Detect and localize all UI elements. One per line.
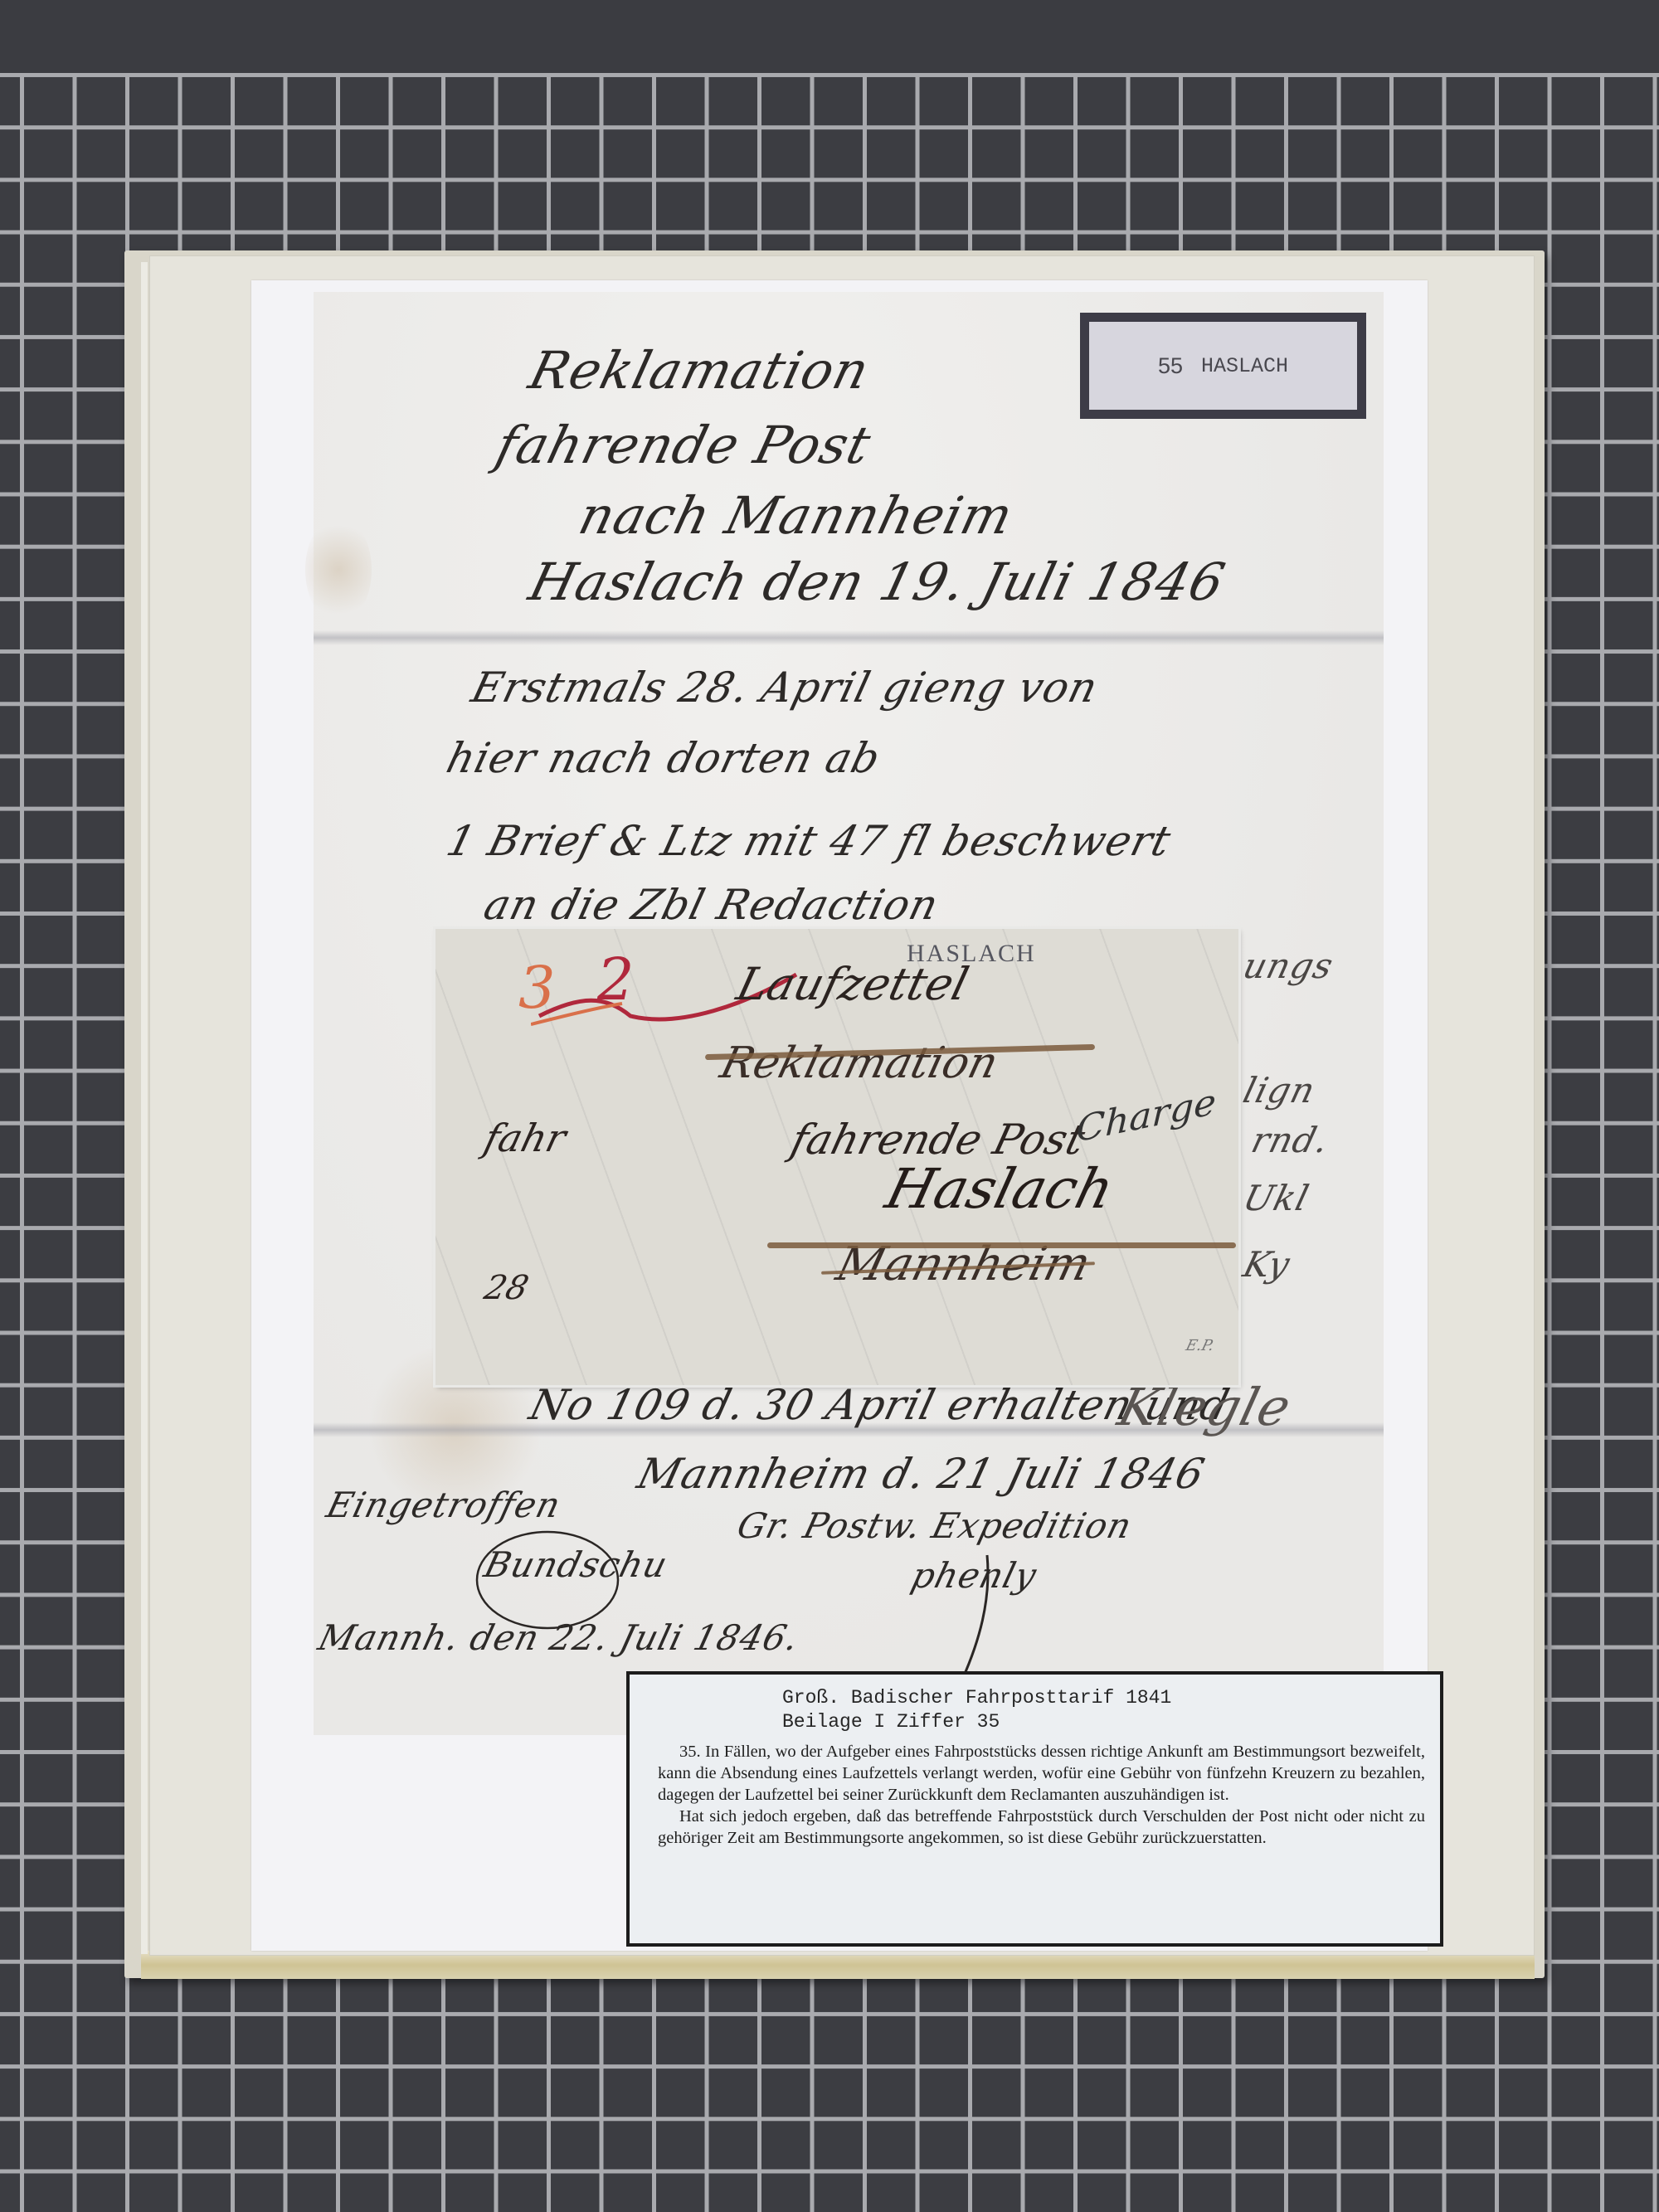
tariff-body: 35. In Fällen, wo der Aufgeber eines Fah… — [658, 1741, 1425, 1849]
album-page-margin — [141, 262, 148, 1954]
envelope-laufzettel-text: Laufzettel — [732, 958, 974, 1010]
manuscript-body-line: 1 Brief & Ltz mit 47 fl beschwert — [442, 817, 1176, 865]
manuscript-fragment: rnd. — [1248, 1120, 1334, 1160]
label-place: HASLACH — [1201, 354, 1288, 378]
strikethrough-line — [767, 1242, 1236, 1248]
tariff-paragraph: Hat sich jedoch ergeben, daß das betreff… — [658, 1806, 1425, 1849]
tariff-title: Groß. Badischer Fahrposttarif 1841 — [782, 1686, 1425, 1710]
tariff-paragraph: 35. In Fällen, wo der Aufgeber eines Fah… — [658, 1741, 1425, 1806]
manuscript-body-line: Erstmals 28. April gieng von — [467, 664, 1103, 712]
manuscript-fragment: Ukl — [1239, 1178, 1313, 1218]
manuscript-heading-line: nach Mannheim — [573, 485, 1019, 546]
manuscript-date-line: Haslach den 19. Juli 1846 — [523, 552, 1231, 612]
flourish-circle-icon — [465, 1522, 630, 1638]
manuscript-office-line: Gr. Postw. Expedition — [733, 1505, 1136, 1546]
paper-stain — [305, 516, 372, 624]
manuscript-heading-line: fahrende Post — [490, 415, 878, 475]
manuscript-body-line: an die Zbl Redaction — [479, 881, 944, 929]
envelope-reklamation-struck: Reklamation — [716, 1038, 1004, 1088]
manuscript-date-mannheim: Mannheim d. 21 Juli 1846 — [633, 1450, 1210, 1498]
envelope-left-note: fahr — [479, 1116, 571, 1160]
manuscript-signature: Klegle — [1112, 1377, 1297, 1437]
envelope-haslach-text: Haslach — [879, 1157, 1120, 1221]
envelope-corner-note: E.P. — [1184, 1337, 1215, 1354]
manuscript-arrival-line: Eingetroffen — [323, 1485, 565, 1525]
album-number-label: 55 HASLACH — [1080, 313, 1366, 419]
flourish-stroke-icon — [954, 1551, 1004, 1684]
label-number: 55 — [1158, 353, 1183, 379]
manuscript-heading-line: Reklamation — [523, 340, 876, 401]
tariff-subtitle: Beilage I Ziffer 35 — [782, 1710, 1425, 1734]
paper-fold-line — [314, 630, 1384, 645]
manuscript-fragment: ungs — [1239, 946, 1338, 986]
manuscript-body-line: hier nach dorten ab — [442, 734, 886, 782]
manuscript-fragment: lign — [1239, 1070, 1320, 1111]
background-top-band — [0, 0, 1659, 73]
tariff-excerpt-box: Groß. Badischer Fahrposttarif 1841 Beila… — [626, 1671, 1443, 1947]
